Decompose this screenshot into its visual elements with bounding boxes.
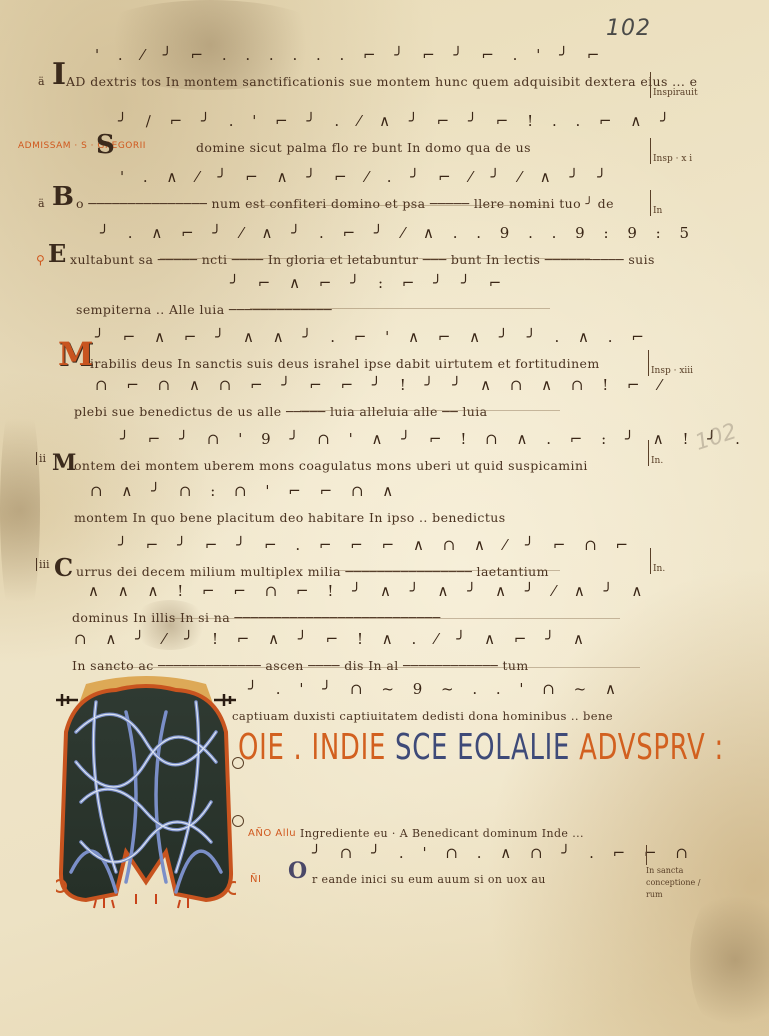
margin-cue: In. xyxy=(650,548,665,574)
neume-row: ∩ ⌐ ∩ ∧ ∩ ⌐ ╯ ⌐ ⌐ ╯ ! ╯ ╯ ∧ ∩ ∧ ∩ ! ⌐ ⁄ xyxy=(95,368,668,402)
initial-letter: M xyxy=(52,452,76,474)
chant-text: ontem dei montem uberem mons coagulatus … xyxy=(74,456,588,476)
foxing-spot xyxy=(690,880,769,1036)
ruling-line xyxy=(330,570,560,571)
initial-letter: B xyxy=(52,184,74,210)
neume-row: ╯ ⌐ ╯ ⌐ ╯ ⌐ . ⌐ ⌐ ⌐ ∧ ∩ ∧ ⁄ ╯ ⌐ ∩ ⌐ xyxy=(118,528,635,562)
chant-text: r eande inici su eum auum si on uox au xyxy=(312,870,546,890)
ruling-line xyxy=(100,667,640,668)
chant-line: ╯ ⌐ ∧ ⌐ ╯ : ⌐ ╯ ╯ ⌐ sempiterna .. Alle l… xyxy=(0,266,769,326)
rubric-text: ADMISSAM · S · GREGORII xyxy=(18,136,146,156)
rubric-segment-office: OIE . INDIE xyxy=(238,727,395,768)
margin-cue: In sancta conceptione / rum xyxy=(646,845,716,901)
neume-row: ╯ . ' ╯ ∩ ~ 9 ~ . . ' ∩ ~ ∧ xyxy=(248,672,623,706)
verse-number: iii xyxy=(36,558,50,571)
rubric-segment-saint: SCE EOLALIE xyxy=(395,727,579,768)
chant-text: montem In quo bene placitum deo habitare… xyxy=(74,508,506,528)
neume-row: ∩ ∧ ╯ ∩ : ∩ ' ⌐ ⌐ ∩ ∧ xyxy=(90,474,400,508)
display-rubric: OIE . INDIE SCE EOLALIE ADVSPRV : xyxy=(238,723,724,773)
rubric-colon: : xyxy=(706,727,724,768)
neume-row: ' . ⁄ ╯ ⌐ . . . . . . ⌐ ╯ ⌐ ╯ ⌐ . ' ╯ ⌐ xyxy=(95,38,606,72)
neume-row: ╯ ⌐ ∧ ⌐ ╯ ∧ ∧ ╯ . ⌐ ' ∧ ⌐ ∧ ╯ ╯ . ∧ . ⌐ xyxy=(95,320,651,354)
neume-row: ∧ ∧ ∧ ! ⌐ ⌐ ∩ ⌐ ! ╯ ∧ ╯ ∧ ╯ ∧ ╯ ⁄ ∧ ╯ ∧ xyxy=(88,574,649,608)
initial-letter: E xyxy=(48,242,66,266)
neume-row: ' . ∧ ⁄ ╯ ⌐ ∧ ╯ ⌐ ⁄ . ╯ ⌐ ⁄ ╯ ⁄ ∧ ╯ ╯ xyxy=(120,160,613,194)
neume-row: ∩ ∧ ╯ ⁄ ╯ ! ⌐ ∧ ╯ ⌐ ! ∧ . ⁄ ╯ ∧ ⌐ ╯ ∧ xyxy=(74,622,591,656)
rubric-text: ÑI xyxy=(250,870,261,890)
ruling-line xyxy=(300,410,560,411)
ruling-line xyxy=(170,618,620,619)
chant-text: o ─────────────── num est confiteri domi… xyxy=(76,194,614,214)
initial-letter: S xyxy=(96,132,115,158)
margin-cue: Inspirauit xyxy=(650,72,698,98)
ruling-line xyxy=(160,258,590,259)
chant-line: ∩ ⌐ ∩ ∧ ∩ ⌐ ╯ ⌐ ⌐ ╯ ! ╯ ╯ ∧ ∩ ∧ ∩ ! ⌐ ⁄ … xyxy=(0,368,769,428)
initial-letter: I xyxy=(52,60,66,90)
neume-row: ╯ ⌐ ∧ ⌐ ╯ : ⌐ ╯ ╯ ⌐ xyxy=(230,266,508,300)
rubric-segment-feast: ADVSPRV xyxy=(579,727,705,768)
verse-number: ii xyxy=(36,452,46,465)
neume-row: ╯ . ∧ ⌐ ╯ ⁄ ∧ ╯ . ⌐ ╯ ⁄ ∧ . . 9 . . 9 : … xyxy=(100,216,696,250)
chant-text: plebi sue benedictus de us alle ───── lu… xyxy=(74,402,487,422)
ruling-line xyxy=(250,205,550,206)
chant-text: sempiterna .. Alle luia ───────────── xyxy=(76,300,332,320)
chant-text: domine sicut palma flo re bunt In domo q… xyxy=(196,138,531,158)
ruling-line xyxy=(250,308,550,309)
initial-letter: O xyxy=(288,860,307,882)
chant-text: AD dextris tos In montem sanctificationi… xyxy=(66,72,697,92)
chant-line: ∩ ∧ ╯ ∩ : ∩ ' ⌐ ⌐ ∩ ∧ montem In quo bene… xyxy=(0,474,769,534)
neume-row: ╯ ∕ ⌐ ╯ . ' ⌐ ╯ . ⁄ ∧ ╯ ⌐ ╯ ⌐ ! . . ⌐ ∧ … xyxy=(118,104,676,138)
neume-row: ╯ ∩ ╯ . ' ∩ . ∧ ∩ ╯ . ⌐ ⌐ ∩ xyxy=(312,836,695,870)
line-prefix: ä xyxy=(38,72,45,92)
initial-letter: M xyxy=(58,338,93,370)
margin-cue: In. xyxy=(648,440,663,466)
line-prefix: ä xyxy=(38,194,45,214)
margin-cue: In xyxy=(650,190,662,216)
